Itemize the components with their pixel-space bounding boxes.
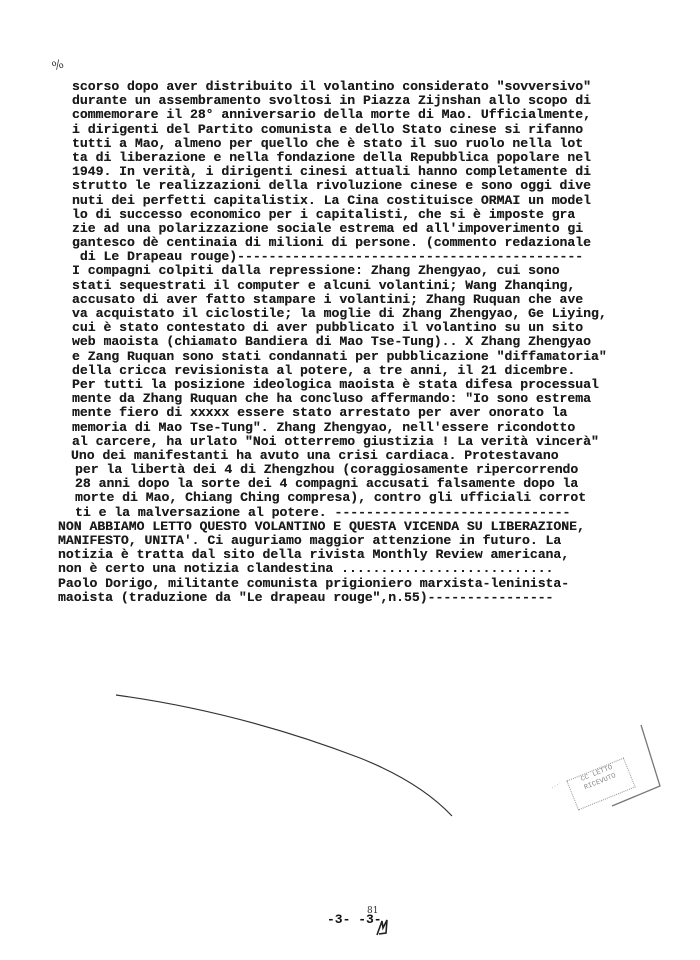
- handwritten-page-number: 81: [367, 906, 378, 916]
- signature-scribble: [375, 918, 389, 936]
- hand-drawn-line: [0, 0, 700, 960]
- document-page: % scorso dopo aver distribuito il volant…: [0, 0, 700, 960]
